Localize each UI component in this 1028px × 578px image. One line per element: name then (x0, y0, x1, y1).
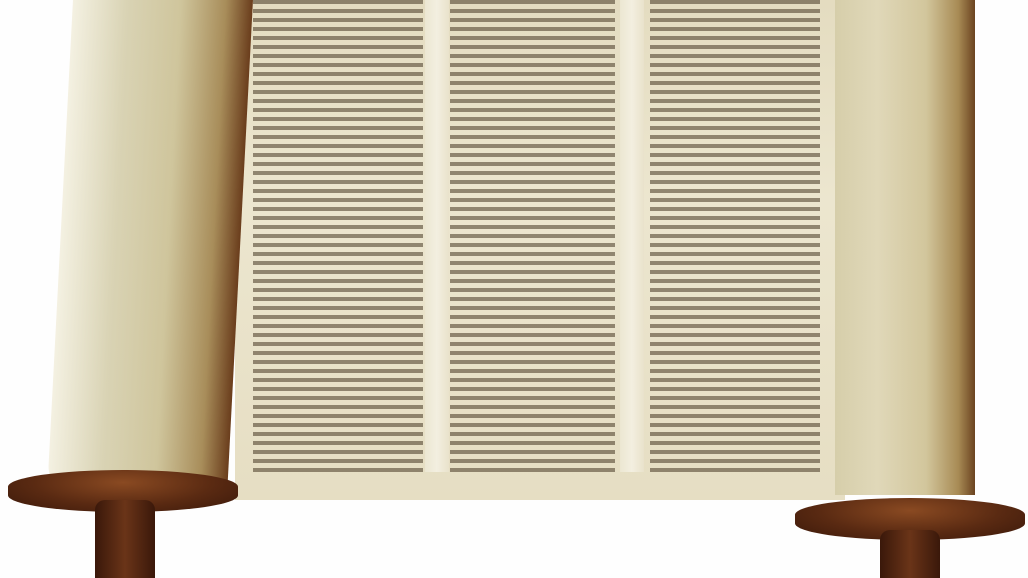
column-margin (425, 0, 449, 472)
parchment-sheet (235, 0, 845, 500)
text-column-2 (450, 0, 615, 472)
text-column-1 (253, 0, 423, 472)
left-roller (47, 0, 253, 495)
text-column-3 (650, 0, 820, 472)
column-margin (620, 0, 644, 472)
left-handle (95, 500, 155, 578)
right-handle (880, 530, 940, 578)
torah-scroll-photo: Open Torah scroll on wooden rollers (0, 0, 1028, 578)
right-roller (835, 0, 975, 495)
